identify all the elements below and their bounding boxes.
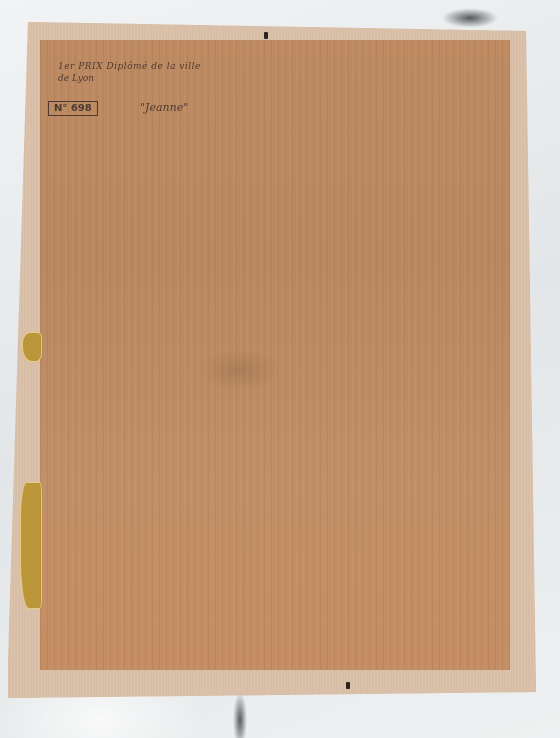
handwritten-title: "Jeanne" <box>140 101 188 114</box>
tape-remnant <box>20 482 42 609</box>
lot-number-label: N° 698 <box>48 101 98 116</box>
panel-back-face <box>40 40 510 670</box>
tape-remnant <box>22 332 42 362</box>
handwritten-note-line2: de Lyon <box>58 74 94 84</box>
wood-panel <box>8 22 536 698</box>
nail-mark <box>264 32 268 39</box>
handwritten-note-line1: 1er PRIX Diplômé de la ville <box>58 62 201 72</box>
nail-mark <box>346 682 350 689</box>
